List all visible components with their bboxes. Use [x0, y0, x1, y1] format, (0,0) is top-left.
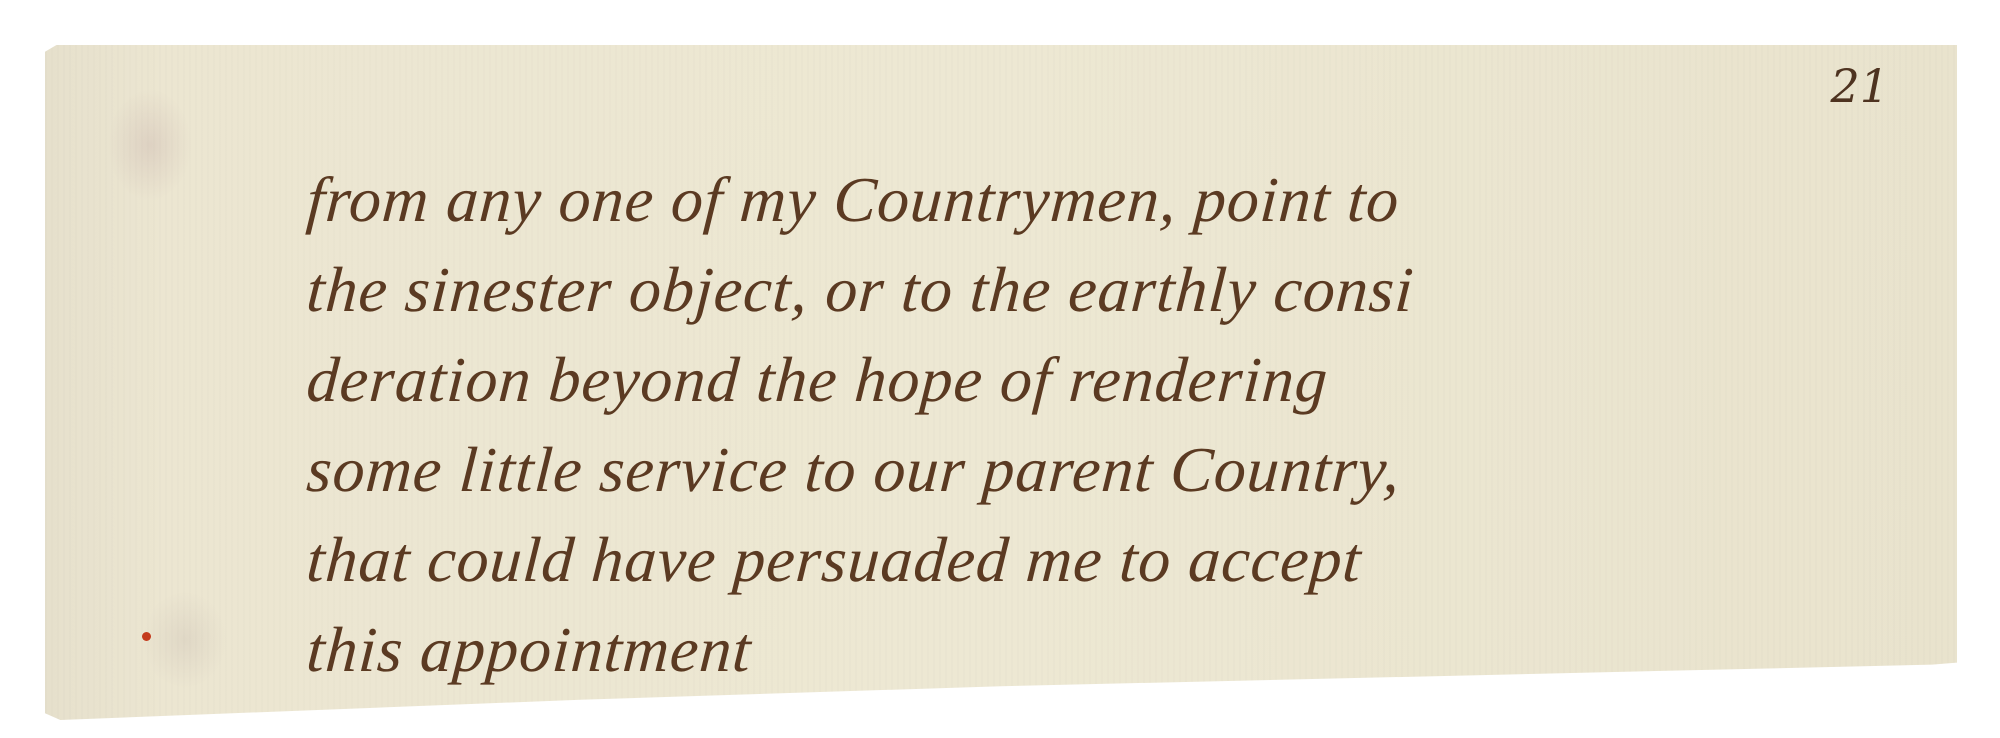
text-line-3: deration beyond the hope of rendering — [304, 335, 1930, 425]
red-wax-fleck — [142, 632, 151, 641]
text-line-6: this appointment — [304, 605, 1930, 695]
text-line-2: the sinester object, or to the earthly c… — [304, 245, 1930, 335]
text-line-4: some little service to our parent Countr… — [304, 425, 1930, 515]
text-line-1: from any one of my Countrymen, point to — [304, 155, 1930, 245]
page-number: 21 — [1830, 59, 1889, 113]
manuscript-page: 21 from any one of my Countrymen, point … — [45, 45, 1957, 720]
text-line-5: that could have persuaded me to accept — [304, 515, 1930, 605]
handwritten-text-block: from any one of my Countrymen, point to … — [307, 155, 1927, 695]
